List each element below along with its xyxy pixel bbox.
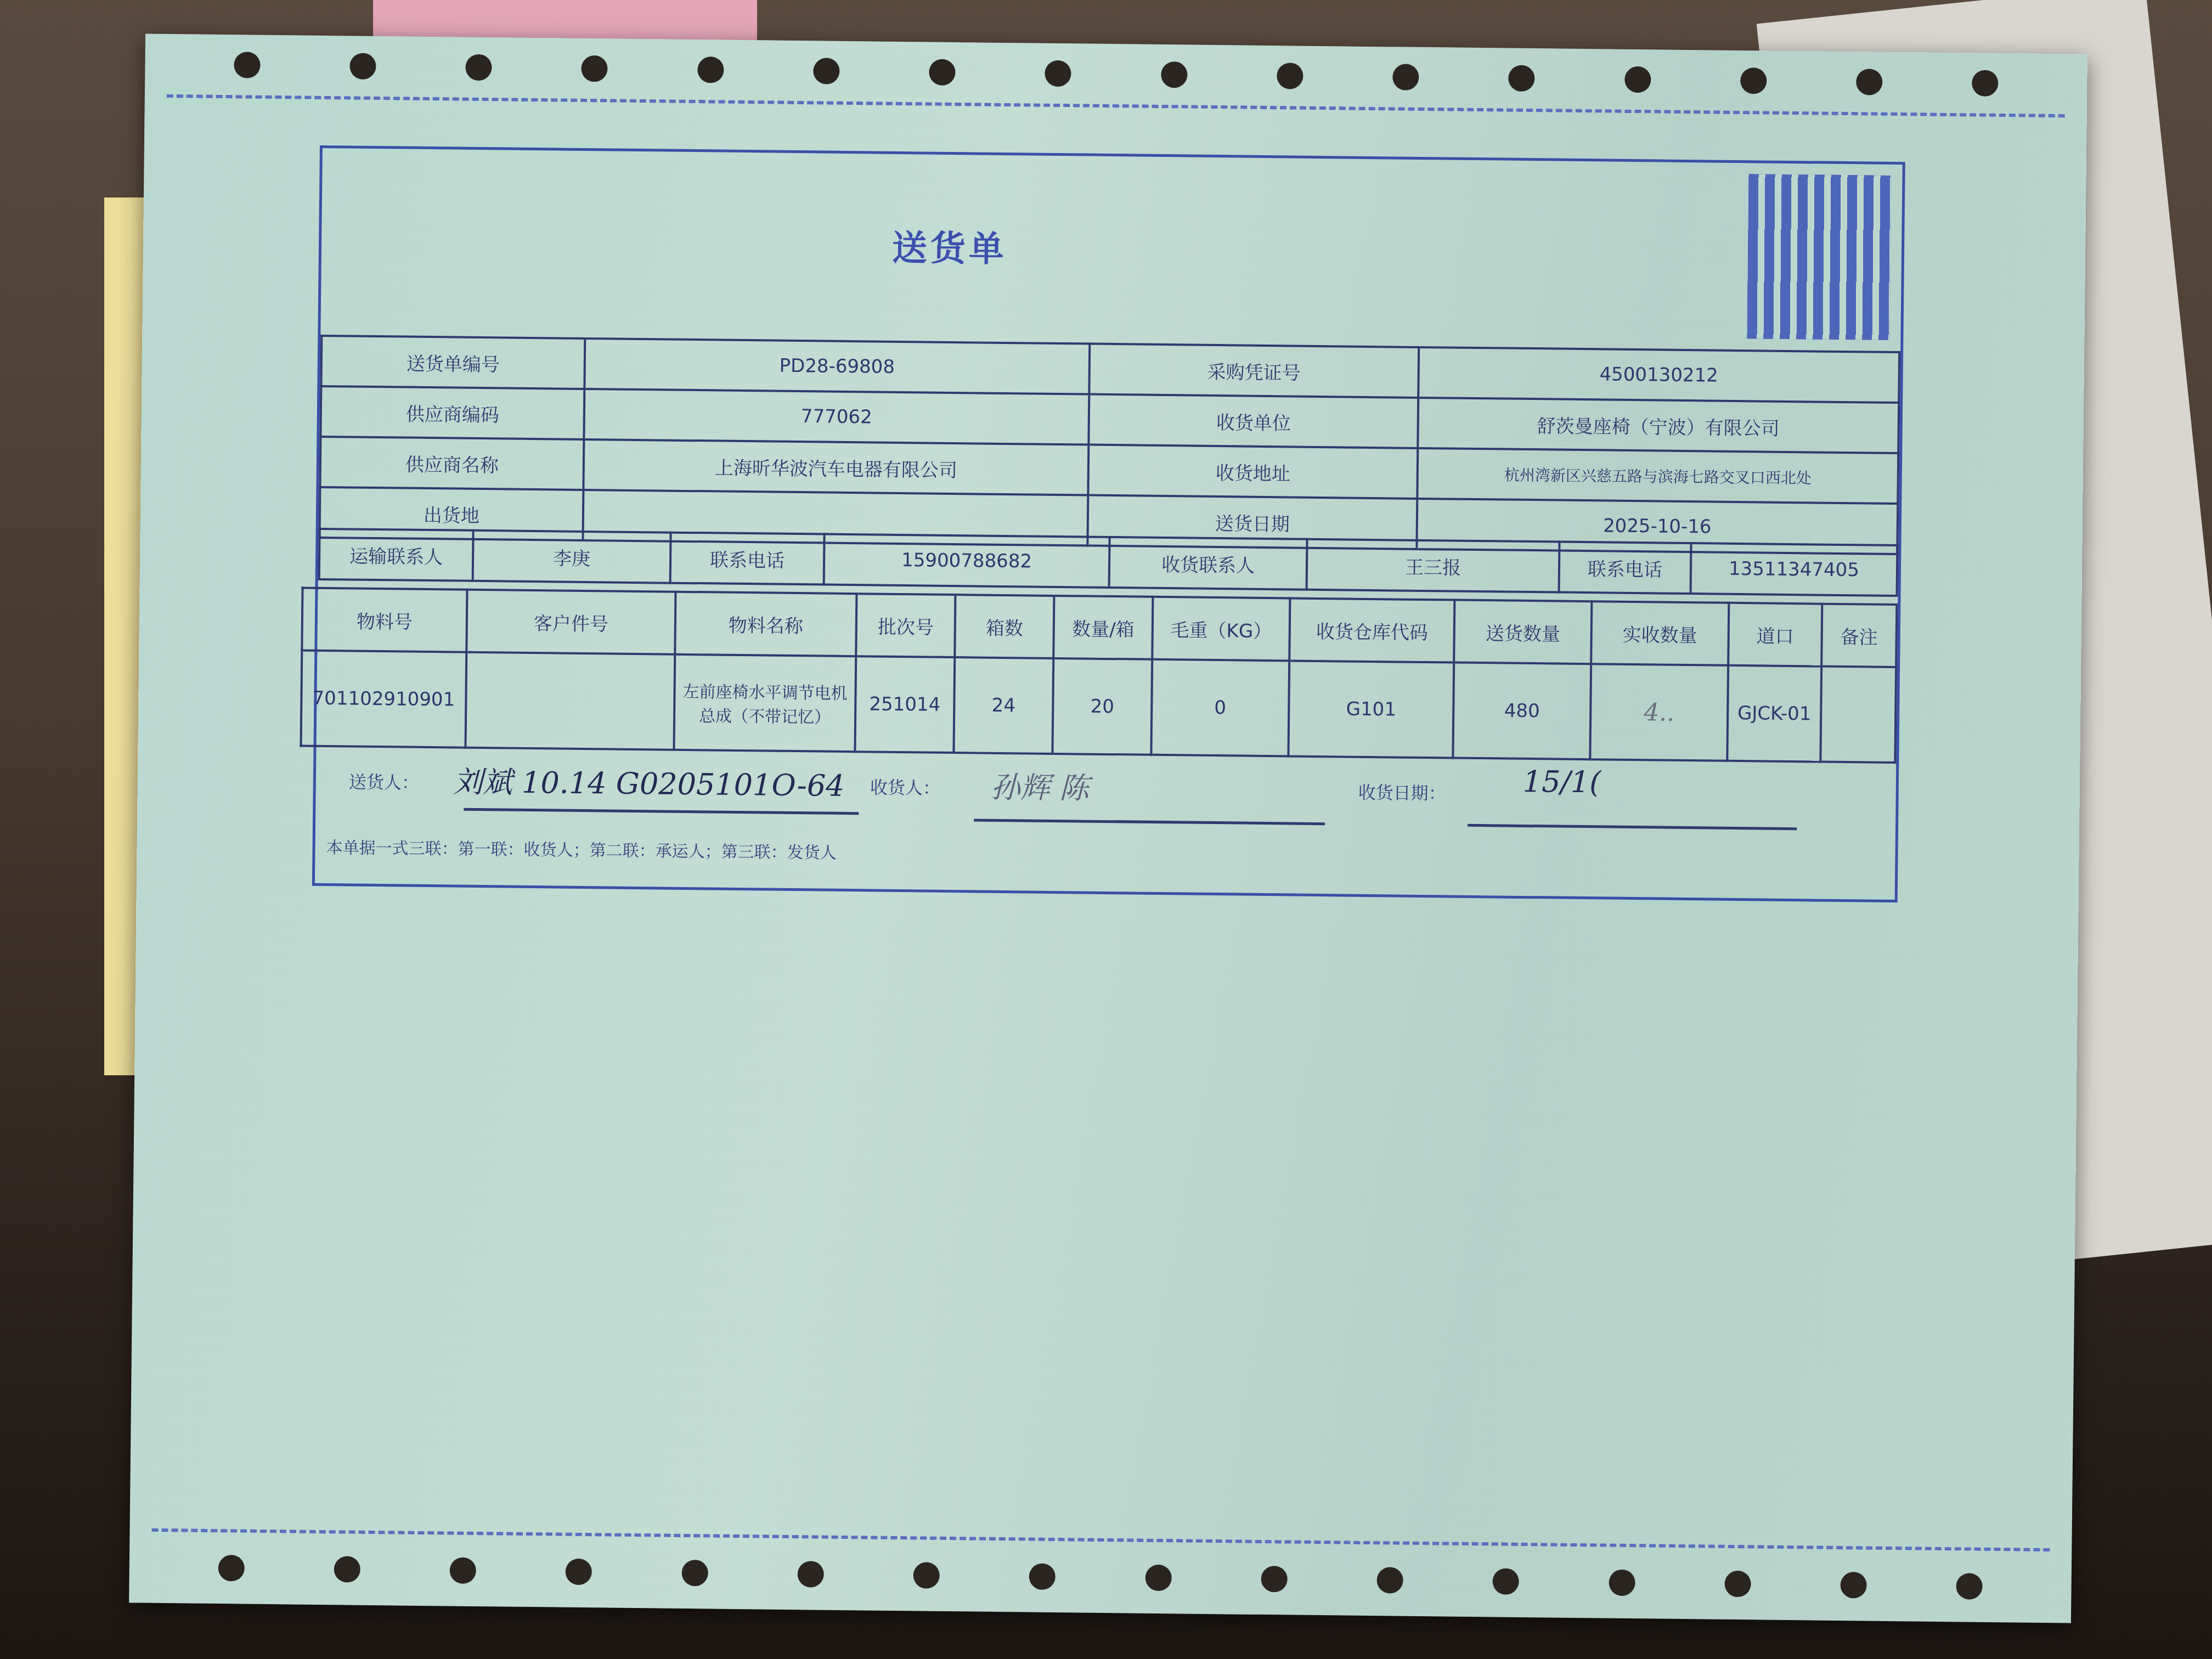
receiver-underline — [974, 819, 1325, 825]
sender-label: 送货人： — [349, 769, 419, 794]
column-header: 备注 — [1821, 604, 1897, 667]
date-underline — [1468, 824, 1797, 830]
form-title: 送货单 — [892, 220, 1008, 272]
supplier-name: 上海昕华波汽车电器有限公司 — [583, 439, 1088, 495]
transport-contact-name: 李庚 — [473, 531, 671, 583]
receive-contact-phone: 13511347405 — [1691, 543, 1898, 596]
receive-contact-name: 王三报 — [1307, 539, 1560, 592]
tractor-holes-bottom — [129, 1542, 2072, 1612]
items-table: 物料号 客户件号 物料名称 批次号 箱数 数量/箱 毛重（KG） 收货仓库代码 … — [300, 587, 1898, 764]
column-header: 数量/箱 — [1053, 596, 1153, 659]
column-header: 箱数 — [955, 595, 1054, 658]
received-qty: 4.. — [1590, 664, 1728, 761]
column-header: 物料号 — [302, 588, 467, 652]
label: 供应商编码 — [320, 386, 584, 439]
gross-weight: 0 — [1151, 659, 1289, 757]
delivery-number: PD28-69808 — [584, 338, 1090, 394]
footer-note: 本单据一式三联：第一联：收货人；第二联：承运人；第三联：发货人 — [326, 834, 836, 864]
sender-signature: 刘斌 10.14 G0205101O-64 — [453, 758, 845, 804]
purchase-voucher-number: 4500130212 — [1418, 347, 1899, 403]
receive-date-handwritten: 15/1( — [1523, 764, 1601, 799]
receiving-address: 杭州湾新区兴慈五路与滨海七路交叉口西北处 — [1417, 448, 1898, 504]
qr-code-icon — [1747, 174, 1891, 340]
receive-date-label: 收货日期： — [1358, 779, 1446, 805]
label: 收货联系人 — [1109, 537, 1307, 590]
label: 送货单编号 — [321, 336, 585, 389]
dock: GJCK-01 — [1727, 665, 1821, 762]
label: 供应商名称 — [320, 437, 584, 490]
sender-underline — [464, 808, 859, 815]
batch-number: 251014 — [855, 656, 955, 753]
table-row: 701102910901 左前座椅水平调节电机总成（不带记忆） 251014 2… — [301, 651, 1896, 763]
remarks — [1820, 667, 1896, 763]
label: 收货地址 — [1088, 445, 1418, 499]
material-name: 左前座椅水平调节电机总成（不带记忆） — [674, 654, 856, 752]
delivery-note-sheet: 送货单 送货单编号 PD28-69808 采购凭证号 4500130212 供应… — [129, 34, 2087, 1623]
receiving-unit: 舒茨曼座椅（宁波）有限公司 — [1418, 398, 1899, 453]
delivery-form: 送货单 送货单编号 PD28-69808 采购凭证号 4500130212 供应… — [312, 145, 1905, 902]
material-number: 701102910901 — [301, 651, 466, 748]
column-header: 批次号 — [856, 594, 955, 657]
receiver-label: 收货人： — [870, 774, 940, 799]
qty-per-box: 20 — [1052, 658, 1152, 755]
column-header: 送货数量 — [1454, 600, 1592, 664]
delivered-qty: 480 — [1453, 663, 1591, 760]
column-header: 收货仓库代码 — [1289, 598, 1454, 662]
label: 采购凭证号 — [1089, 344, 1419, 398]
label: 联系电话 — [670, 533, 825, 585]
column-header: 毛重（KG） — [1152, 597, 1290, 661]
box-count: 24 — [953, 657, 1053, 754]
label: 联系电话 — [1559, 542, 1691, 594]
column-header: 实收数量 — [1591, 601, 1729, 665]
header-table: 送货单编号 PD28-69808 采购凭证号 4500130212 供应商编码 … — [318, 335, 1900, 555]
column-header: 物料名称 — [675, 592, 856, 656]
signature-row: 送货人： 刘斌 10.14 G0205101O-64 收货人： 孙辉 陈 收货日… — [315, 746, 1896, 839]
label: 收货单位 — [1088, 394, 1418, 448]
column-header: 道口 — [1728, 603, 1822, 667]
warehouse-code: G101 — [1288, 661, 1454, 758]
transport-contact-phone: 15900788682 — [824, 534, 1110, 588]
receiver-signature: 孙辉 陈 — [990, 764, 1089, 808]
label: 运输联系人 — [319, 529, 473, 581]
column-header: 客户件号 — [466, 590, 675, 654]
supplier-code: 777062 — [584, 389, 1089, 445]
customer-part-number — [465, 652, 675, 750]
